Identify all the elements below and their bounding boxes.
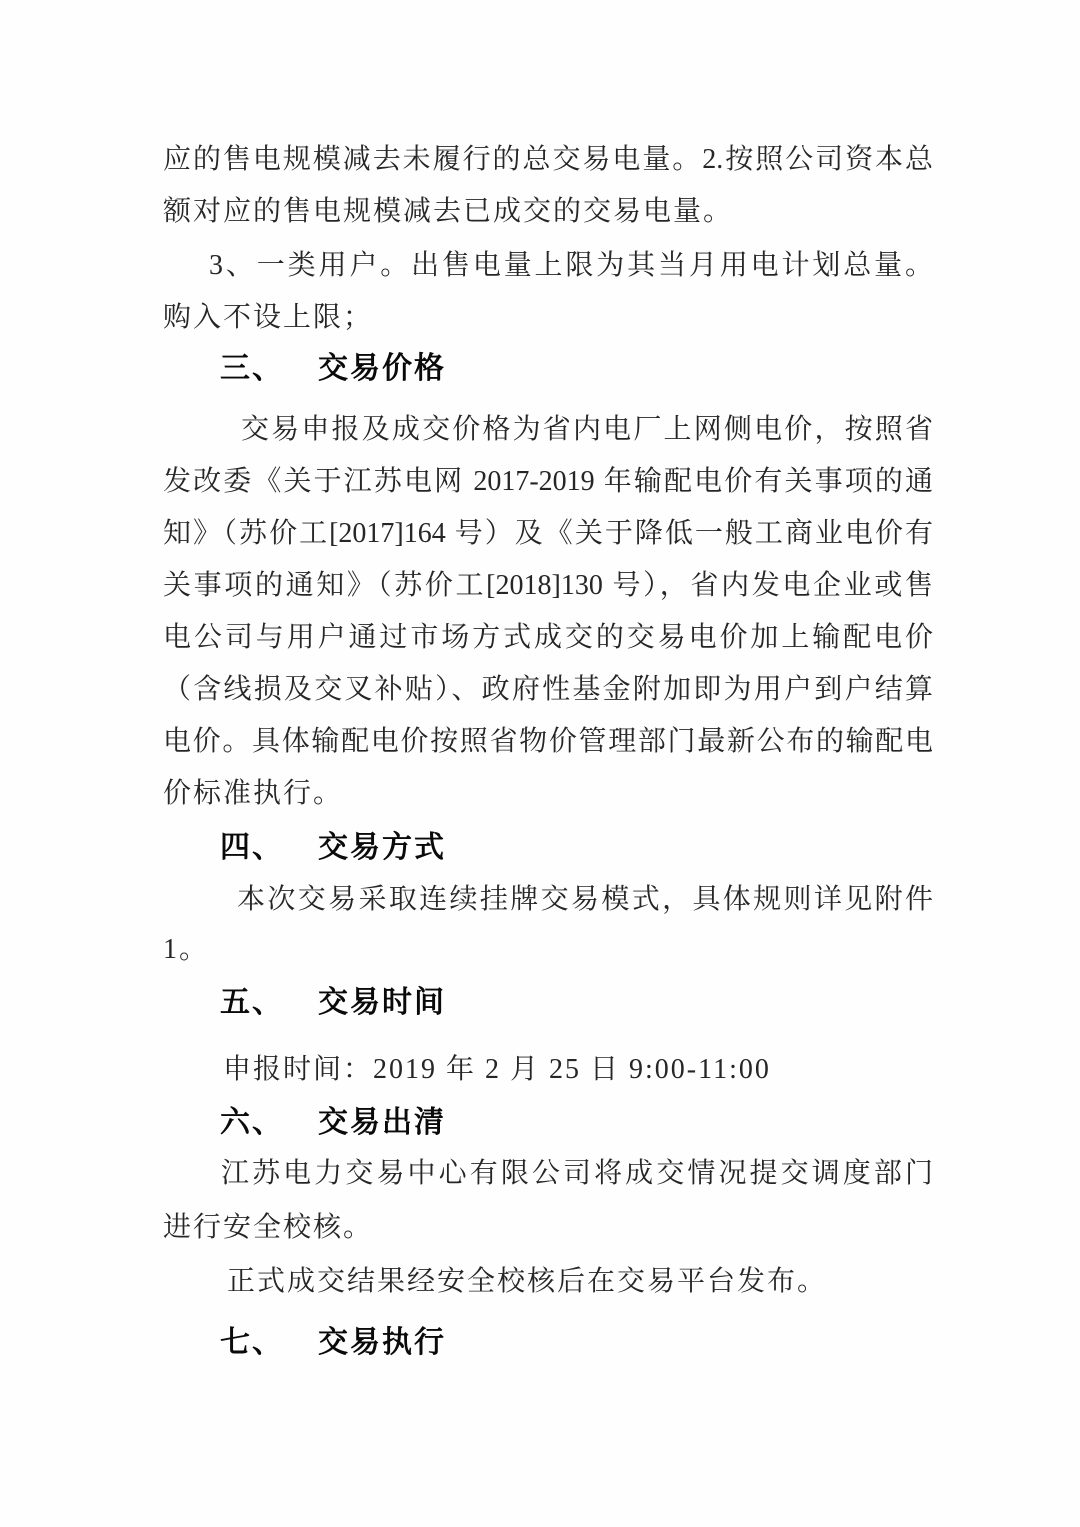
section-heading-clearing: 六、交易出清 xyxy=(163,1102,933,1144)
text-line: 进行安全校核。 xyxy=(163,1208,933,1248)
section-title: 交易出清 xyxy=(318,1106,446,1139)
text-line: 电价。具体输配电价按照省物价管理部门最新公布的输配电 xyxy=(163,722,933,762)
section-number: 三、 xyxy=(220,352,284,385)
text-line: 江苏电力交易中心有限公司将成交情况提交调度部门 xyxy=(163,1154,933,1194)
section-number: 七、 xyxy=(220,1326,284,1359)
text-line: 正式成交结果经安全校核后在交易平台发布。 xyxy=(163,1262,933,1302)
text-line: 本次交易采取连续挂牌交易模式，具体规则详见附件 xyxy=(163,880,933,920)
text-line: 申报时间：2019 年 2 月 25 日 9:00-11:00 xyxy=(163,1050,933,1090)
text-line: 3、一类用户。出售电量上限为其当月用电计划总量。 xyxy=(163,246,933,286)
text-line: 1。 xyxy=(163,930,933,970)
section-heading-method: 四、交易方式 xyxy=(163,827,933,869)
text-line: 应的售电规模减去未履行的总交易电量。2.按照公司资本总 xyxy=(163,140,933,180)
section-number: 六、 xyxy=(220,1106,284,1139)
text-line: 关事项的通知》（苏价工[2018]130 号），省内发电企业或售 xyxy=(163,566,933,606)
section-title: 交易时间 xyxy=(318,986,446,1019)
section-title: 交易执行 xyxy=(318,1326,446,1359)
text-line: 交易申报及成交价格为省内电厂上网侧电价，按照省 xyxy=(163,410,933,450)
section-heading-time: 五、交易时间 xyxy=(163,982,933,1024)
text-line: 购入不设上限； xyxy=(163,298,933,338)
text-line: 发改委《关于江苏电网 2017-2019 年输配电价有关事项的通 xyxy=(163,462,933,502)
document-page: 应的售电规模减去未履行的总交易电量。2.按照公司资本总 额对应的售电规模减去已成… xyxy=(0,0,1080,1527)
text-line: 价标准执行。 xyxy=(163,774,933,814)
text-line: 额对应的售电规模减去已成交的交易电量。 xyxy=(163,192,933,232)
section-title: 交易价格 xyxy=(318,352,446,385)
section-heading-execution: 七、交易执行 xyxy=(163,1322,933,1364)
text-line: 知》（苏价工[2017]164 号）及《关于降低一般工商业电价有 xyxy=(163,514,933,554)
section-number: 四、 xyxy=(220,831,284,864)
section-heading-price: 三、交易价格 xyxy=(163,348,933,390)
section-title: 交易方式 xyxy=(318,831,446,864)
text-line: 电公司与用户通过市场方式成交的交易电价加上输配电价 xyxy=(163,618,933,658)
section-number: 五、 xyxy=(220,986,284,1019)
text-line: （含线损及交叉补贴）、政府性基金附加即为用户到户结算 xyxy=(163,670,933,710)
